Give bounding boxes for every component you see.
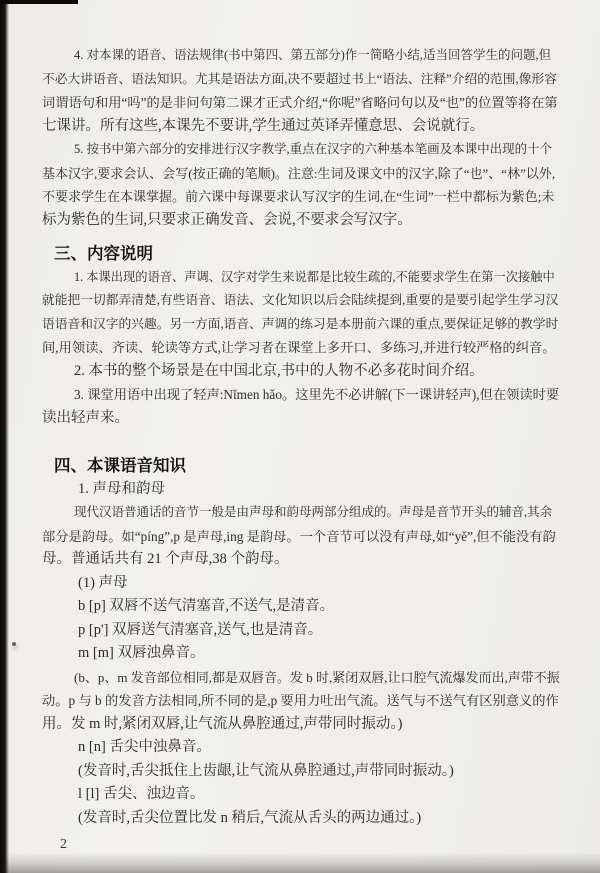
paragraph-4-line: 七课讲。所有这些,本课先不要讲,学生通过英译弄懂意思、会说就行。 [42,115,560,139]
section-three-item1-line: 1. 本课出现的语音、声调、汉字对学生来说都是比较生疏的,不能要求学生在第一次接… [42,266,560,290]
note-bpm-line: 用。发 m 时,紧闭双唇,让气流从鼻腔通过,声带同时振动。) [42,713,560,737]
paragraph-5-line: 标为紫色的生词,只要求正确发音、会说,不要求会写汉字。 [42,209,560,233]
note-n: (发音时,舌尖抵住上齿龈,让气流从鼻腔通过,声带同时振动。) [42,760,560,784]
section-four-intro-line: 部分是韵母。如“píng”,p 是声母,ing 是韵母。一个音节可以没有声母,如… [42,525,560,549]
section-three-heading: 三、内容说明 [42,242,560,266]
initial-entry-m: m [m] 双唇浊鼻音。 [42,642,560,666]
section-three-item1-line: 间,用领读、齐读、轮读等方式,让学习者在课堂上多开口、多练习,并进行较严格的纠音… [42,336,560,360]
initial-entry-l: l [l] 舌尖、浊边音。 [42,783,560,807]
paragraph-5-line: 5. 按书中第六部分的安排进行汉字教学,重点在汉字的六种基本笔画及本课中出现的十… [42,138,560,162]
scan-speck [12,642,16,646]
subsection-heading-initials-finals: 1. 声母和韵母 [42,478,560,502]
section-four-heading: 四、本课语音知识 [42,454,560,478]
bottom-shadow [0,853,600,873]
section-four-intro-line: 现代汉语普通话的音节一般是由声母和韵母两部分组成的。声母是音节开头的辅音,其余 [42,501,560,525]
paragraph-4-line: 词谓语句和用“吗”的是非问句第二课才正式介绍,“你呢”省略问句以及“也”的位置等… [42,91,560,115]
note-l: (发音时,舌尖位置比发 n 稍后,气流从舌头的两边通过。) [42,807,560,831]
note-bpm-line: 动。p 与 b 的发音方法相同,所不同的是,p 要用力吐出气流。送气与不送气有区… [42,689,560,713]
scan-edge-left [0,0,9,873]
paragraph-5-line: 基本汉字,要求会认、会写(按正确的笔顺)。注意:生词及课文中的汉字,除了“也”、… [42,162,560,186]
scan-edge-top [0,0,78,4]
section-three-item3-line: 读出轻声来。 [42,407,560,431]
section-three-item1-line: 就能把一切都弄清楚,有些语音、语法、文化知识以后会陆续提到,重要的是要引起学生学… [42,289,560,313]
section-four-intro-line: 母。普通话共有 21 个声母,38 个韵母。 [42,548,560,572]
page: 4. 对本课的语音、语法规律(书中第四、第五部分)作一简略小结,适当回答学生的问… [42,44,560,857]
paragraph-5-line: 不要求学生在本课掌握。前六课中每课要求认写汉字的生词,在“生词”一栏中都标为紫色… [42,185,560,209]
paragraph-4-line: 不必大讲语音、语法知识。尤其是语法方面,决不要超过书上“语法、注释”介绍的范围,… [42,68,560,92]
section-three-item1-line: 语语音和汉字的兴趣。另一方面,语音、声调的练习是本册前六课的重点,要保证足够的教… [42,313,560,337]
initials-heading: (1) 声母 [42,572,560,596]
section-three-item3-line: 3. 课堂用语中出现了轻声:Nǐmen hǎo。这里先不必讲解(下一课讲轻声),… [42,383,560,407]
paragraph-4-line: 4. 对本课的语音、语法规律(书中第四、第五部分)作一简略小结,适当回答学生的问… [42,44,560,68]
initial-entry-b: b [p] 双唇不送气清塞音,不送气,是清音。 [42,595,560,619]
initial-entry-n: n [n] 舌尖中浊鼻音。 [42,736,560,760]
initial-entry-p: p [p'] 双唇送气清塞音,送气,也是清音。 [42,619,560,643]
note-bpm-line: (b、p、m 发音部位相同,都是双唇音。发 b 时,紧闭双唇,让口腔气流爆发而出… [42,666,560,690]
section-three-item2: 2. 本书的整个场景是在中国北京,书中的人物不必多花时间介绍。 [42,360,560,384]
